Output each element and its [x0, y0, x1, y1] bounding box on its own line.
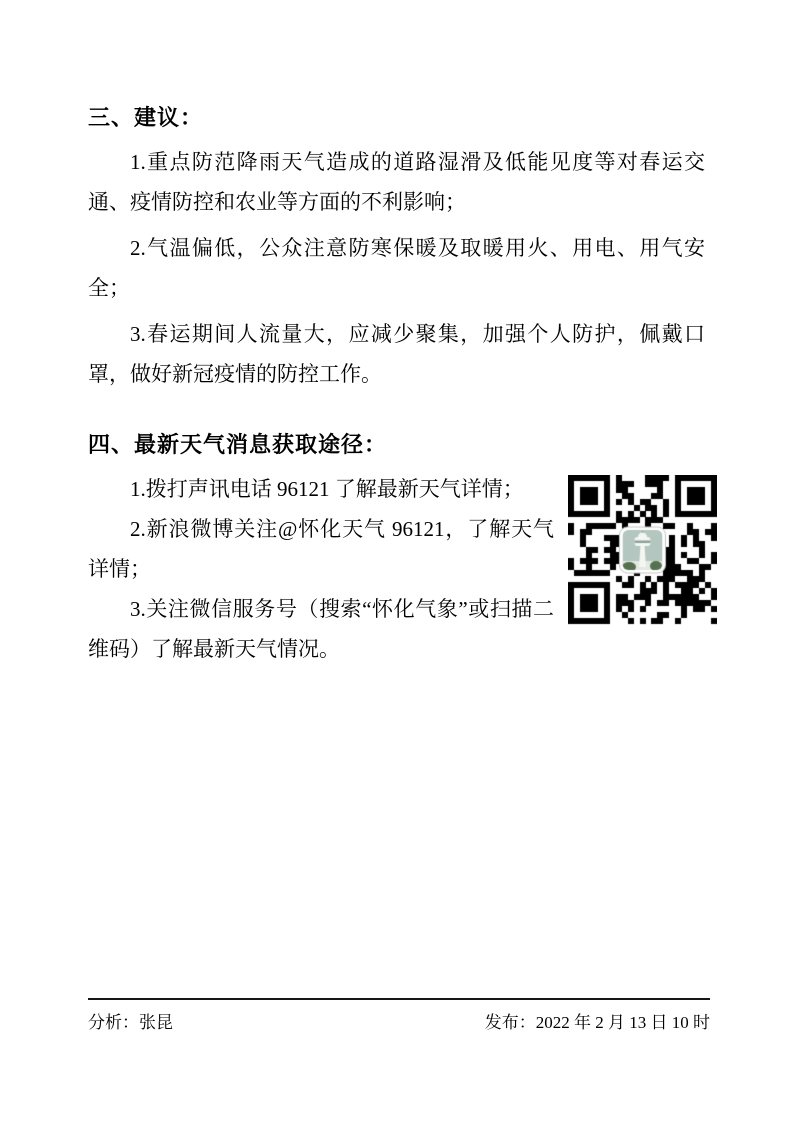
footer-row: 分析：张昆 发布：2022 年 2 月 13 日 10 时	[88, 1000, 710, 1034]
section-weather-info-channels: 四、最新天气消息获取途径： 1.拨打声讯电话 96121 了解最新天气详情； 2…	[88, 427, 705, 669]
analyst-text: 分析：张昆	[88, 1012, 173, 1034]
recommendation-item-1: 1.重点防范降雨天气造成的道路湿滑及低能见度等对春运交通、疫情防控和农业等方面的…	[88, 142, 705, 222]
document-body: 三、建议： 1.重点防范降雨天气造成的道路湿滑及低能见度等对春运交通、疫情防控和…	[88, 100, 705, 669]
recommendation-item-2: 2.气温偏低，公众注意防寒保暖及取暖用火、用电、用气安全；	[88, 228, 705, 308]
document-page: 三、建议： 1.重点防范降雨天气造成的道路湿滑及低能见度等对春运交通、疫情防控和…	[0, 0, 793, 1122]
page-footer: 分析：张昆 发布：2022 年 2 月 13 日 10 时	[88, 998, 710, 1034]
section-heading: 四、最新天气消息获取途径：	[88, 427, 705, 463]
wechat-qr-code	[568, 475, 717, 625]
publish-datetime-text: 发布：2022 年 2 月 13 日 10 时	[485, 1012, 710, 1034]
recommendation-item-3: 3.春运期间人流量大，应减少聚集，加强个人防护，佩戴口罩，做好新冠疫情的防控工作…	[88, 314, 705, 394]
section-recommendations: 三、建议： 1.重点防范降雨天气造成的道路湿滑及低能见度等对春运交通、疫情防控和…	[88, 100, 705, 394]
section-heading: 三、建议：	[88, 100, 705, 136]
section-body: 1.拨打声讯电话 96121 了解最新天气详情； 2.新浪微博关注@怀化天气 9…	[88, 469, 705, 669]
